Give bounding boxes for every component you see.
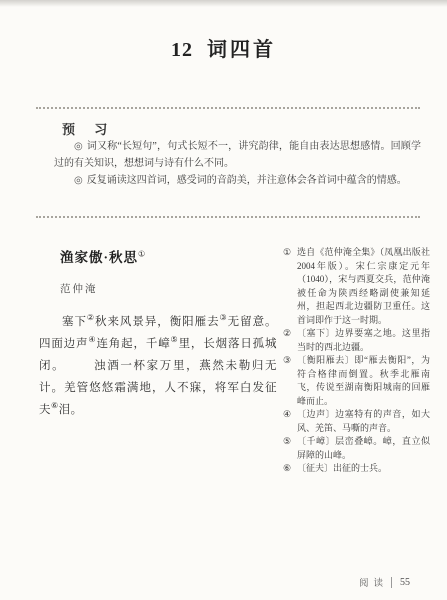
poem-author: 范仲淹 (60, 281, 98, 296)
annotation-text: 〔边声〕边塞特有的声音，如大风、羌笛、马嘶的声音。 (297, 408, 430, 435)
annotation-item: ⑥〔征夫〕出征的士兵。 (283, 462, 430, 476)
poem-segment: 连角起，千嶂 (96, 338, 170, 350)
preview-list: ◎词又称“长短句”，句式长短不一，讲究韵律，能自由表达思想感情。回顾学过的有关知… (54, 139, 421, 191)
dotted-divider-top (36, 107, 420, 109)
annotation-item: ②〔塞下〕边界要塞之地。这里指当时的西北边疆。 (283, 327, 430, 354)
annotation-item: ①选自《范仲淹全集》（凤凰出版社2004年版）。宋仁宗康定元年（1040），宋与… (283, 246, 430, 327)
lesson-number: 12 (171, 39, 193, 61)
page-footer: 阅读 55 (359, 575, 410, 589)
bullet-icon: ◎ (74, 175, 83, 186)
annotation-ref: ⑥ (51, 401, 59, 410)
annotation-number: ⑥ (283, 462, 297, 476)
annotation-item: ⑤〔千嶂〕层峦叠嶂。嶂，直立似屏障的山峰。 (283, 435, 430, 462)
annotation-ref: ③ (220, 313, 228, 322)
annotation-number: ② (283, 327, 297, 354)
dotted-divider-bottom (36, 216, 420, 218)
annotation-text: 选自《范仲淹全集》（凤凰出版社2004年版）。宋仁宗康定元年（1040），宋与西… (297, 246, 430, 327)
annotation-text: 〔千嶂〕层峦叠嶂。嶂，直立似屏障的山峰。 (297, 435, 430, 462)
textbook-page: 12词四首 预 习 ◎词又称“长短句”，句式长短不一，讲究韵律，能自由表达思想感… (0, 0, 447, 600)
poem-text: 塞下②秋来风景异，衡阳雁去③无留意。四面边声④连角起，千嶂⑤里，长烟落日孤城闭。… (39, 311, 277, 421)
annotation-number: ⑤ (283, 435, 297, 462)
annotation-text: 〔征夫〕出征的士兵。 (297, 462, 430, 476)
footer-page-number: 55 (400, 577, 410, 588)
poem-segment: 塞下 (62, 316, 87, 328)
annotation-number: ④ (283, 408, 297, 435)
annotation-number: ③ (283, 354, 297, 408)
lesson-name: 词四首 (207, 39, 276, 61)
poem-segment: 秋来风景异，衡阳雁去 (95, 316, 220, 328)
footer-section-label: 阅读 (359, 575, 388, 589)
annotation-text: 〔塞下〕边界要塞之地。这里指当时的西北边疆。 (297, 327, 430, 354)
annotation-list: ①选自《范仲淹全集》（凤凰出版社2004年版）。宋仁宗康定元年（1040），宋与… (283, 246, 430, 476)
preview-heading: 预 习 (62, 119, 115, 138)
annotation-item: ③〔衡阳雁去〕即“雁去衡阳”，为符合格律而倒置。秋季北雁南飞，传说至湖南衡阳城南… (283, 354, 430, 408)
annotation-ref: ① (138, 250, 146, 259)
annotation-number: ① (283, 246, 297, 327)
preview-item: ◎反复诵读这四首词，感受词的音韵美，并注意体会各首词中蕴含的情感。 (54, 173, 421, 190)
annotation-ref: ⑤ (171, 335, 179, 344)
page-title: 12词四首 (0, 33, 447, 62)
footer-divider (391, 577, 392, 588)
annotation-ref: ② (87, 313, 95, 322)
poem-title: 渔家傲·秋思① (60, 246, 146, 266)
annotation-text: 〔衡阳雁去〕即“雁去衡阳”，为符合格律而倒置。秋季北雁南飞，传说至湖南衡阳城南的… (297, 354, 430, 408)
preview-item: ◎词又称“长短句”，句式长短不一，讲究韵律，能自由表达思想感情。回顾学过的有关知… (54, 139, 421, 172)
annotation-item: ④〔边声〕边塞特有的声音，如大风、羌笛、马嘶的声音。 (283, 408, 430, 435)
poem-segment: 泪。 (59, 404, 83, 416)
bullet-icon: ◎ (74, 141, 83, 152)
poem-title-text: 渔家傲·秋思 (60, 250, 138, 265)
